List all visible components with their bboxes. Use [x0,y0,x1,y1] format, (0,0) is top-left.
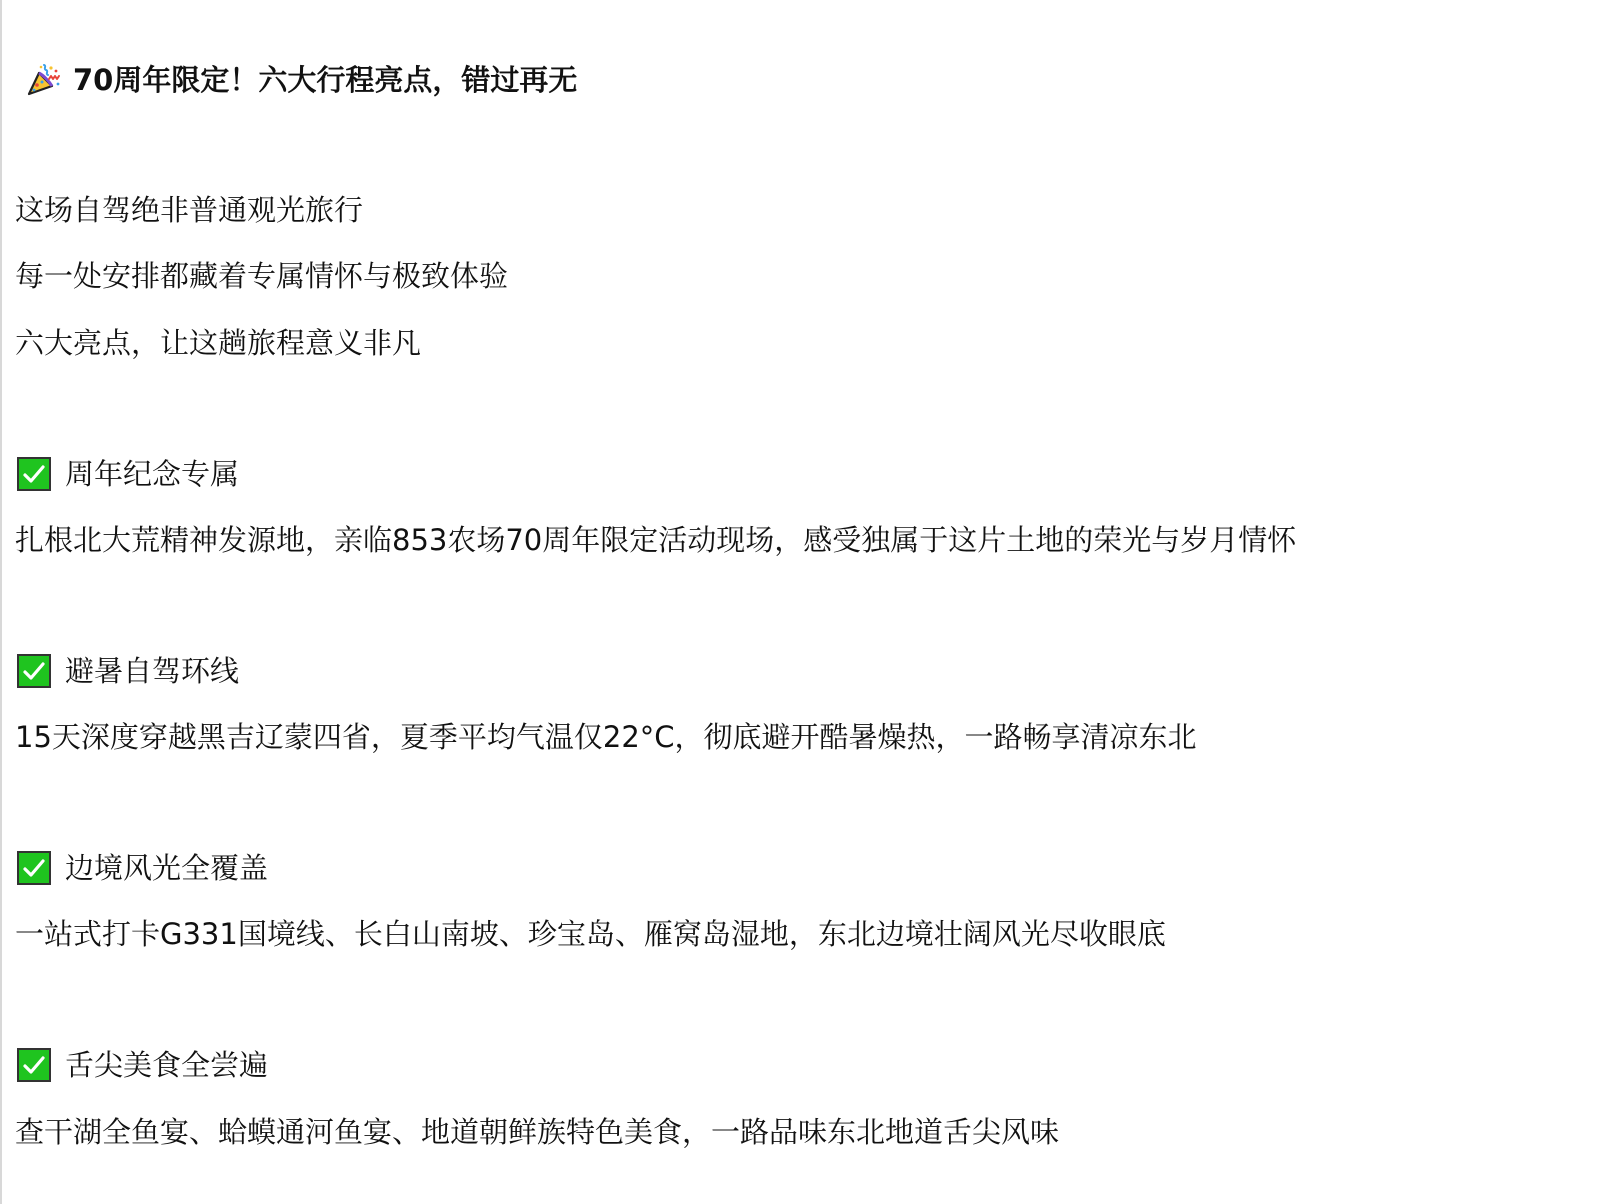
highlight-heading: 周年纪念专属 [17,454,239,494]
highlight-body: 一站式打卡G331国境线、长白山南坡、珍宝岛、雁窝岛湿地，东北边境壮阔风光尽收眼… [15,914,1166,954]
highlight-heading-text: 周年纪念专属 [65,454,239,494]
left-border [0,0,2,1204]
title-text: 70周年限定！六大行程亮点，错过再无 [73,60,577,100]
intro-line: 六大亮点，让这趟旅程意义非凡 [15,323,421,363]
party-popper-icon [25,61,63,99]
highlight-body: 扎根北大荒精神发源地，亲临853农场70周年限定活动现场，感受独属于这片土地的荣… [15,520,1296,560]
highlight-heading: 舌尖美食全尝遍 [17,1045,268,1085]
highlight-heading-text: 边境风光全覆盖 [65,848,268,888]
highlight-body: 查干湖全鱼宴、蛤蟆通河鱼宴、地道朝鲜族特色美食，一路品味东北地道舌尖风味 [15,1112,1059,1152]
check-mark-button-icon [17,1048,51,1082]
highlight-heading-text: 舌尖美食全尝遍 [65,1045,268,1085]
highlight-heading: 边境风光全覆盖 [17,848,268,888]
highlight-heading: 避暑自驾环线 [17,651,239,691]
highlight-heading-text: 避暑自驾环线 [65,651,239,691]
check-mark-button-icon [17,654,51,688]
intro-line: 每一处安排都藏着专属情怀与极致体验 [15,256,508,296]
section-title: 70周年限定！六大行程亮点，错过再无 [25,60,577,100]
intro-line: 这场自驾绝非普通观光旅行 [15,190,363,230]
highlight-body: 15天深度穿越黑吉辽蒙四省，夏季平均气温仅22°C，彻底避开酷暑燥热，一路畅享清… [15,717,1197,757]
check-mark-button-icon [17,851,51,885]
check-mark-button-icon [17,457,51,491]
